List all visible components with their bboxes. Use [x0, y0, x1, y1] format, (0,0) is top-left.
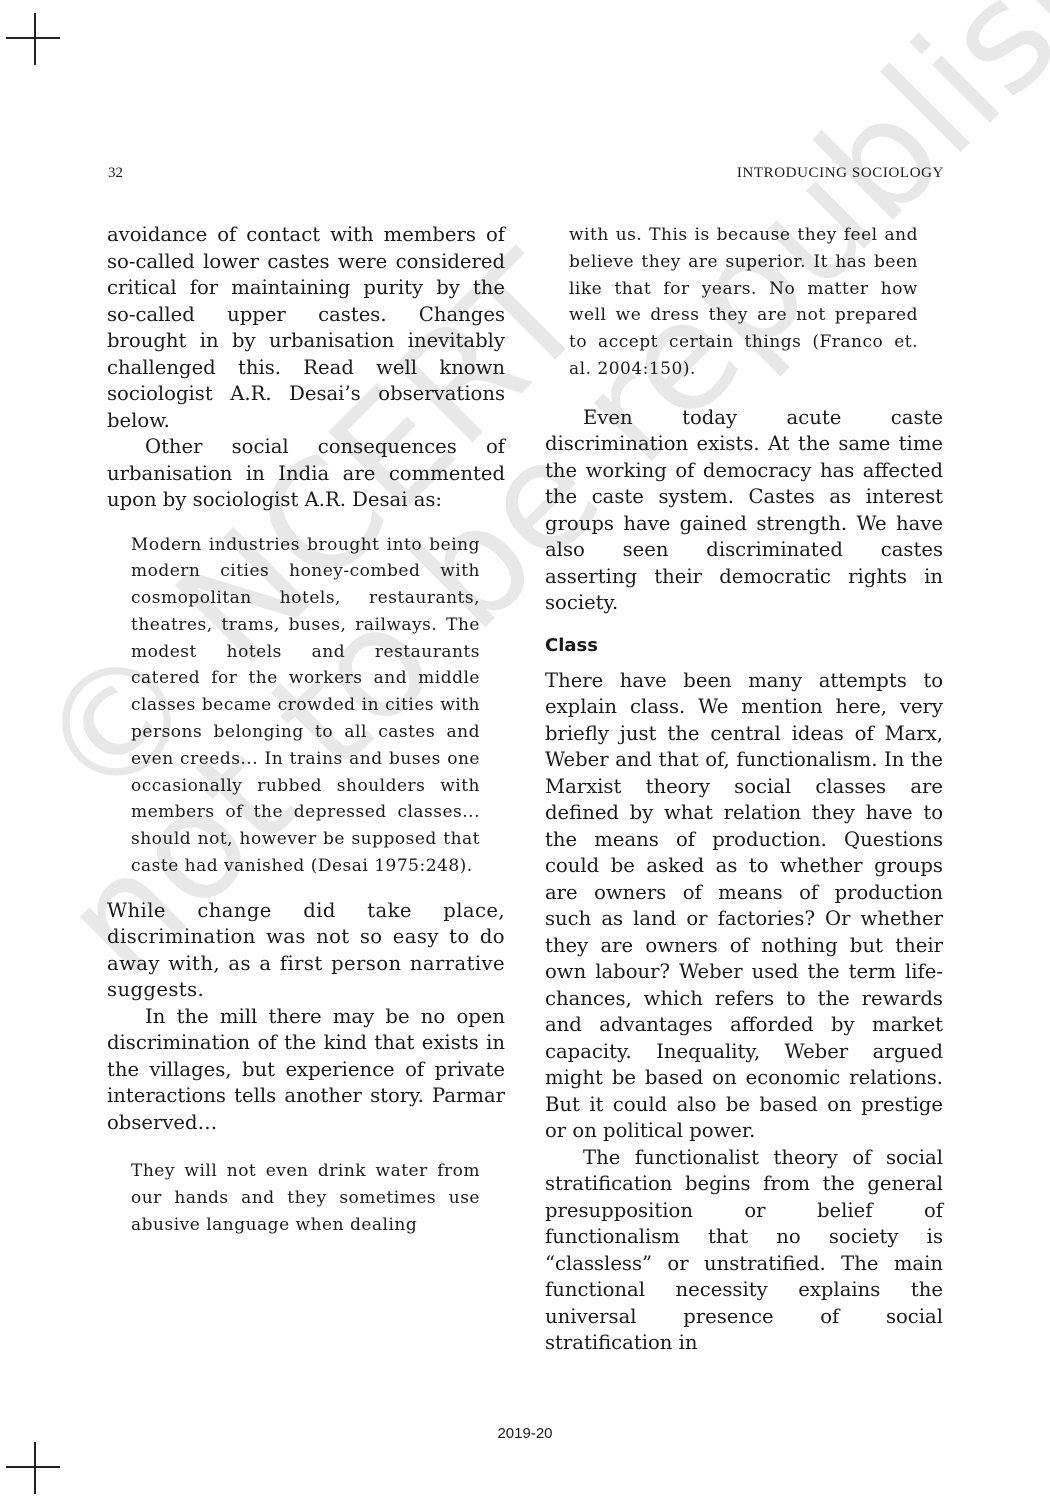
- section-heading-class: Class: [545, 635, 943, 656]
- block-quote-parmar-continued: with us. This is because they feel and b…: [569, 222, 918, 383]
- paragraph: Even today acute caste discrimination ex…: [545, 405, 943, 617]
- paragraph: avoidance of contact with members of so-…: [107, 222, 505, 434]
- block-quote-parmar: They will not even drink water from our …: [131, 1158, 480, 1238]
- paragraph: Other social consequences of urbanisatio…: [107, 434, 505, 514]
- footer-year: 2019-20: [0, 1425, 1050, 1442]
- left-column: avoidance of contact with members of so-…: [107, 222, 505, 1239]
- paragraph: There have been many attempts to explain…: [545, 668, 943, 1145]
- crop-mark-top-icon: [0, 0, 70, 70]
- page-number: 32: [108, 165, 123, 182]
- block-quote-desai: Modern industries brought into being mod…: [131, 532, 480, 880]
- paragraph: In the mill there may be no open discrim…: [107, 1004, 505, 1137]
- right-column: with us. This is because they feel and b…: [545, 222, 943, 1357]
- paragraph: While change did take place, discriminat…: [107, 898, 505, 1004]
- running-head: INTRODUCING SOCIOLOGY: [737, 165, 944, 182]
- paragraph: The functionalist theory of social strat…: [545, 1145, 943, 1357]
